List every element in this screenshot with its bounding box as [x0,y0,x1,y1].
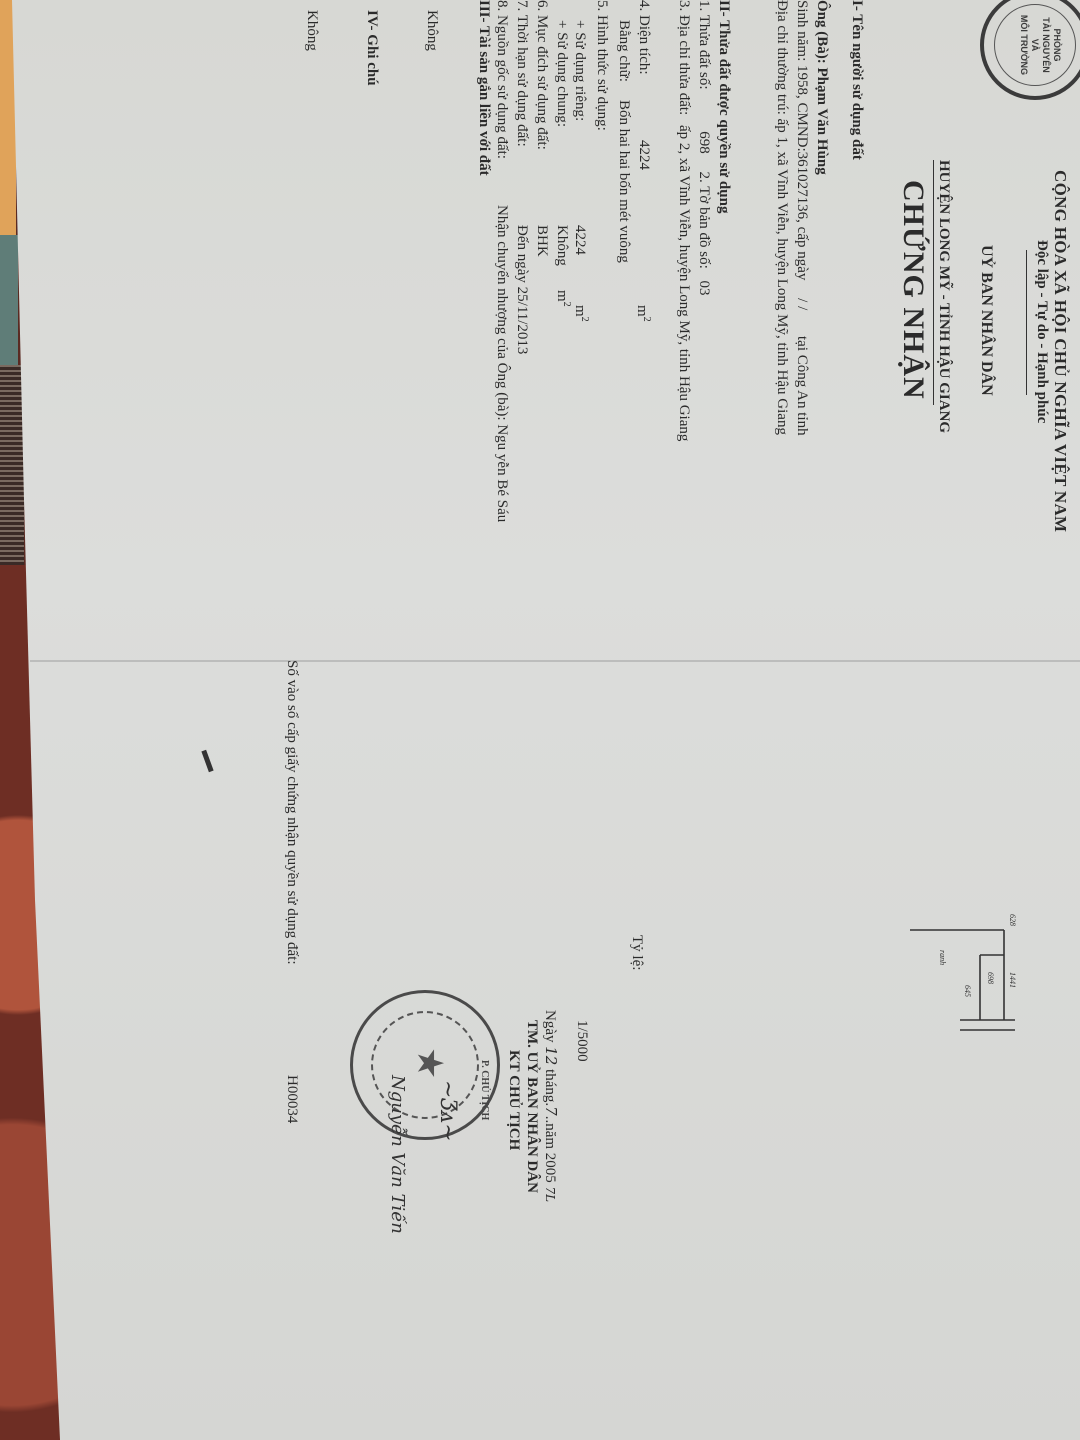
area-words: Bốn hai hai bốn mét vuông [615,100,632,263]
year-handwritten-mark: 7L [543,1187,557,1203]
ink-blot [201,750,213,772]
parcel-label: 1. Thửa đất số: [696,0,712,90]
district-underline [933,160,934,405]
scale-value: 1/5000 [573,1020,590,1062]
scale-label: Tỷ lệ: [628,935,645,970]
id-issue-date: / / [794,298,810,310]
parcel-address-row: 3. Địa chỉ thửa đất: ấp 2, xã Vĩnh Viễn,… [675,0,692,441]
origin-value: Nhận chuyển nhượng của Ông (bà): Ngu yễn… [493,205,510,522]
section-3-heading: III- Tài sản gắn liền với đất [475,0,492,176]
map-sheet-number: 03 [696,281,712,296]
term-label: 7. Thời hạn sử dụng đất: [513,0,530,147]
owner-label: Ông (Bà): [814,0,830,64]
certificate-sheet: PHÒNG TÀI NGUYÊN VÀ MÔI TRƯỜNG CỘNG HÒA … [0,0,1080,1440]
birth-row: Sinh năm: 1958, CMND:361027136, cấp ngày… [793,0,810,436]
country-name: CỘNG HÒA XÃ HỘI CHỦ NGHĨA VIỆT NAM [1050,170,1070,532]
area-value: 4224 [635,140,652,170]
private-use-label: + Sử dụng riêng: [571,20,588,121]
stamp-role: P. CHỦ TỊCH [479,1060,490,1120]
register-number: H00034 [283,1075,300,1123]
private-use-value: 4224 [571,225,588,255]
id-issue-place: tại Công An tỉnh [794,336,810,436]
purpose-value: BHK [533,225,550,257]
motto-underline [1026,250,1027,395]
section-3-value: Không [423,10,440,51]
purpose-label: 6. Mục đích sử dụng đất: [533,0,550,150]
signature-scribble: ~Ʒᴧ~ [435,1080,460,1142]
map-sheet-label: 2. Tờ bản đồ số: [696,172,712,269]
parcel-row: 1. Thửa đất số: 698 2. Tờ bản đồ số: 03 [695,0,712,296]
shared-use-label: + Sử dụng chung: [553,20,570,127]
svg-text:698: 698 [986,972,995,984]
section-4-heading: IV- Ghi chú [363,10,380,86]
document-title: CHỨNG NHẬN [896,180,930,400]
owner-name: Phạm Văn Hùng [814,68,830,175]
owner-row: Ông (Bà): Phạm Văn Hùng [813,0,830,175]
background-checked-cloth [0,365,24,565]
birth-info: Sinh năm: 1958, CMND:361027136, cấp ngày [794,0,810,280]
origin-label: 8. Nguồn gốc sử dụng đất: [493,0,510,159]
parcel-number: 698 [696,131,712,154]
svg-text:645: 645 [963,985,972,997]
svg-text:ranh: ranh [938,950,947,965]
issue-day: 12 [542,1046,560,1065]
area-words-label: Bằng chữ: [615,20,632,82]
background-fabric [0,235,18,365]
issue-date: Ngày 12 tháng.7..năm 2005 7L [541,1010,560,1202]
permanent-address: Địa chỉ thường trú: ấp 1, xã Vĩnh Viễn, … [773,0,790,435]
svg-text:628: 628 [1008,914,1017,926]
issuer-name: UỶ BAN NHÂN DÂN [977,245,995,396]
department-stamp: PHÒNG TÀI NGUYÊN VÀ MÔI TRƯỜNG [980,0,1080,100]
svg-text:1441: 1441 [1008,972,1017,988]
signer-role: KT CHỦ TỊCH [505,1050,522,1150]
district-name: HUYỆN LONG MỸ - TỈNH HẬU GIANG [935,160,952,433]
certificate-paper: PHÒNG TÀI NGUYÊN VÀ MÔI TRƯỜNG CỘNG HÒA … [0,0,1080,1440]
term-value: Đến ngày 25/11/2013 [513,225,530,354]
section-2-heading: II- Thửa đất được quyền sử dụng [715,0,732,213]
area-unit: m2 [633,305,652,322]
issue-month: 7 [542,1106,560,1116]
parcel-address: ấp 2, xã Vĩnh Viễn, huyện Long Mỹ, tỉnh … [676,125,692,441]
shared-use-unit: m2 [553,290,572,307]
register-label: Số vào sổ cấp giấy chứng nhận quyền sử d… [283,660,300,965]
shared-use-value: Không [553,225,570,266]
national-motto: Độc lập - Tự do - Hạnh phúc [1033,240,1050,423]
area-label: 4. Diện tích: [635,0,652,75]
signing-organization: TM. UỶ BAN NHÂN DÂN [523,1020,540,1193]
section-4-value: Không [303,10,320,51]
section-1-heading: I- Tên người sử dụng đất [848,0,865,160]
parcel-address-label: 3. Địa chỉ thửa đất: [676,0,692,115]
usage-form-label: 5. Hình thức sử dụng: [593,0,610,131]
star-emblem-icon: ★ [409,1047,451,1079]
signer-name: Nguyễn Văn Tiến [387,1075,408,1234]
parcel-sketch: 628 698 1441 645 ranh [860,910,1020,1040]
private-use-unit: m2 [571,305,590,322]
official-round-stamp: ★ [350,990,500,1140]
